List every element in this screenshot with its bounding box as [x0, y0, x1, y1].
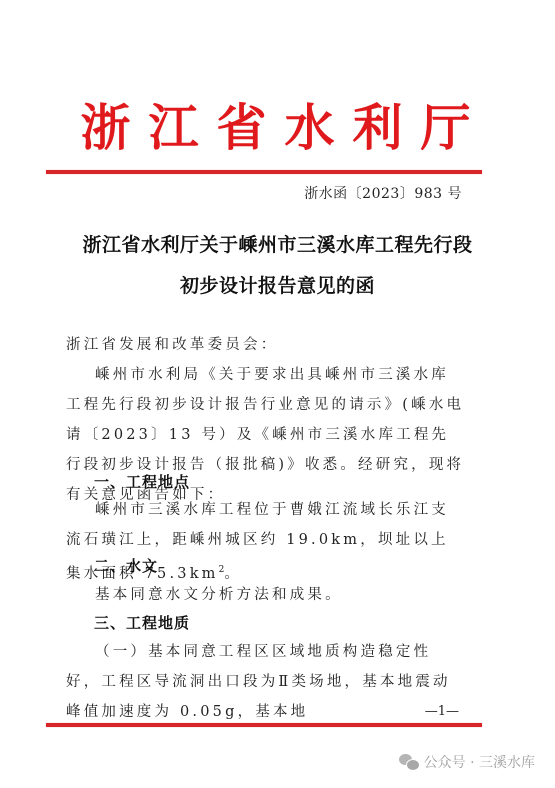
document-title-line2: 初步设计报告意见的函: [0, 271, 555, 298]
header-red-rule: [46, 170, 482, 174]
section-heading-geology: 三、工程地质: [94, 612, 190, 633]
section-text-hydrology: 基本同意水文分析方法和成果。: [66, 580, 466, 610]
section-heading-hydrology: 二、水文: [94, 555, 158, 576]
document-number: 浙水函〔2023〕983 号: [304, 183, 462, 203]
document-title-line1: 浙江省水利厅关于嵊州市三溪水库工程先行段: [0, 230, 555, 257]
section-heading-location: 一、工程地点: [94, 471, 190, 492]
salutation: 浙江省发展和改革委员会：: [66, 330, 466, 360]
footer-red-rule: [46, 723, 482, 727]
section-text-geology: （一）基本同意工程区区域地质构造稳定性好，工程区导流洞出口段为Ⅱ类场地，基本地震…: [66, 637, 466, 727]
wechat-icon: [399, 754, 419, 770]
wechat-watermark: 公众号 · 三溪水库: [399, 752, 535, 772]
issuer-title: 浙江省水利厅: [0, 98, 555, 158]
watermark-text: 公众号 · 三溪水库: [424, 752, 535, 772]
page-number: —1—: [425, 704, 459, 719]
